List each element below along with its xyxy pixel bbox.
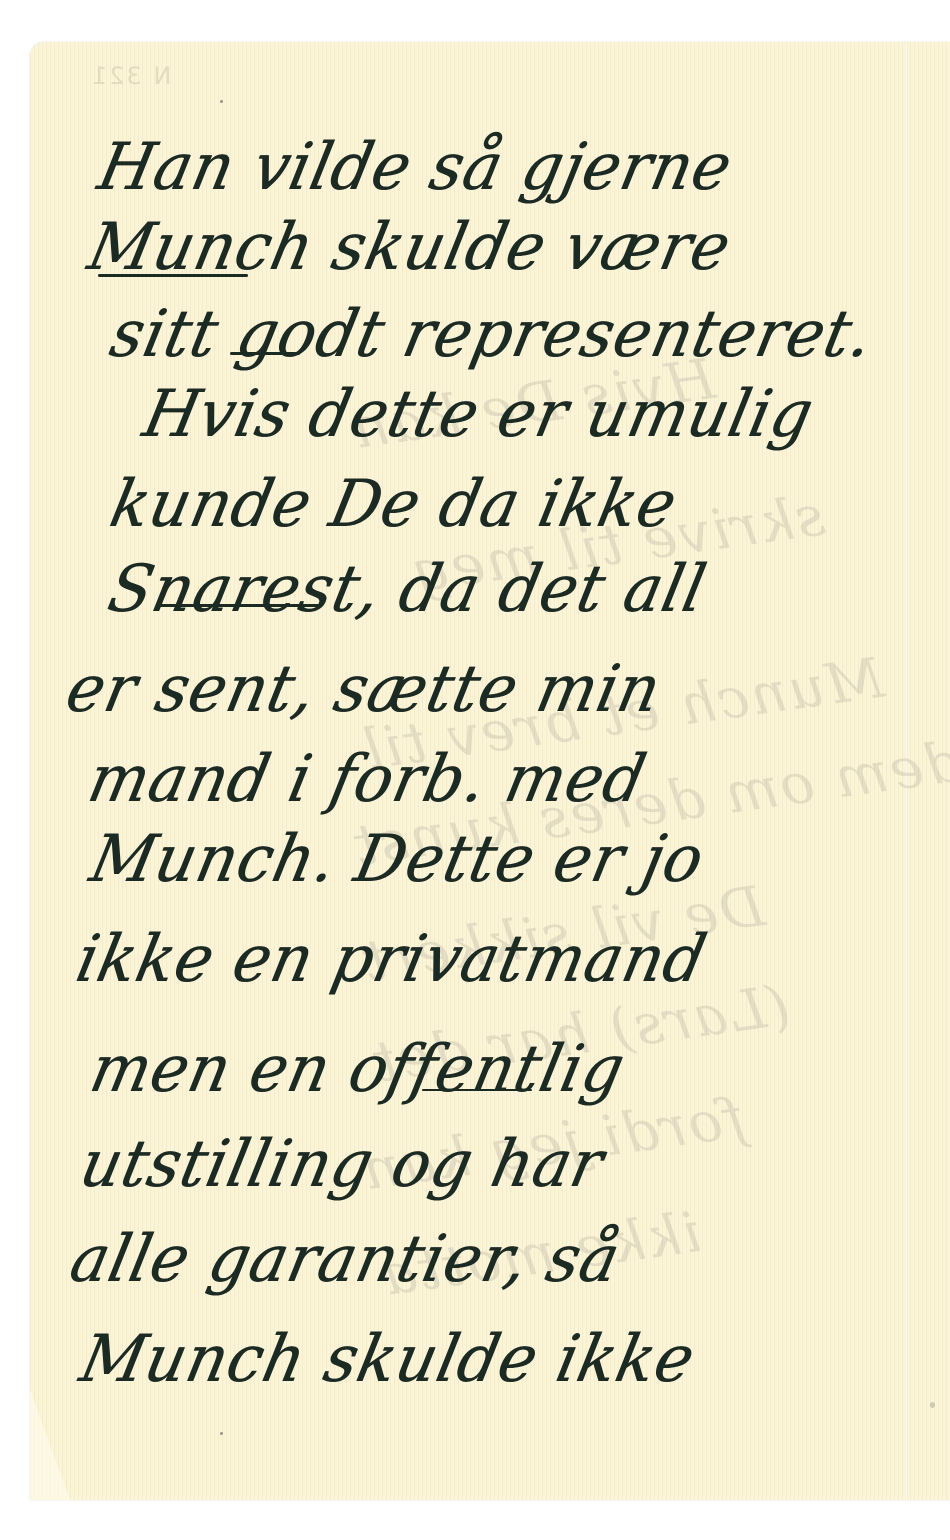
handwritten-line: alle garantier, så — [64, 1220, 627, 1297]
ink-speck — [930, 1402, 935, 1408]
handwritten-line: Hvis dette er umulig — [137, 375, 820, 452]
handwritten-line: kunde De da ikke — [104, 465, 684, 542]
underline-godt — [230, 352, 300, 355]
worn-corner — [30, 1390, 70, 1500]
underline-snarest — [156, 604, 322, 607]
handwritten-line: Han vilde så gjerne — [92, 128, 739, 205]
underline-offentlig — [422, 1089, 532, 1091]
handwritten-line: er sent, sætte min — [60, 650, 668, 727]
ink-speck — [220, 100, 223, 103]
handwritten-line: Munch. Dette er jo — [84, 820, 711, 897]
ink-speck — [220, 1432, 223, 1435]
handwritten-line: Snarest, da det all — [102, 550, 713, 627]
underline-munch — [98, 274, 248, 277]
handwritten-line: Munch skulde ikke — [74, 1320, 702, 1397]
handwritten-line: ikke en privatmand — [70, 920, 713, 997]
handwritten-line: mand i forb. med — [82, 740, 653, 817]
letter-page: N 321 Hvis De kan skrive til meg Munch e… — [30, 42, 950, 1500]
accession-mark: N 321 — [90, 62, 171, 90]
handwritten-line: sitt godt representeret. — [104, 295, 880, 372]
handwritten-line: men en offentlig — [84, 1030, 632, 1107]
handwritten-line: utstilling og har — [74, 1125, 611, 1202]
